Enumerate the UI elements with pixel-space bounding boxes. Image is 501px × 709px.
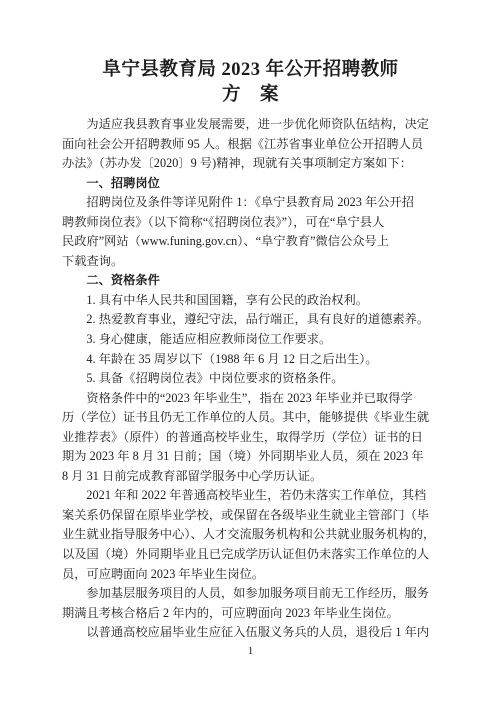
para-veterans-line: 以普通高校应届毕业生应征入伍服义务兵的人员，退役后 1 年内 — [62, 623, 435, 643]
heading-section-2-qualifications: 二、资格条件 — [62, 271, 435, 291]
qualification-item-5: 5. 具备《招聘岗位表》中岗位要求的资格条件。 — [62, 369, 435, 389]
para-2023-graduates-line: 期为 2023 年 8 月 31 日前；国（境）外同期毕业人员，须在 2023 … — [62, 447, 435, 467]
document-body: 为适应我县教育事业发展需要，进一步优化师资队伍结构，决定 面向社会公开招聘教师 … — [62, 115, 435, 643]
title-line-1: 阜宁县教育局 2023 年公开招聘教师 — [0, 58, 501, 83]
para-2021-2022-graduates-line: 以及国（境）外同期毕业且已完成学历认证但仍未落实工作单位的人 — [62, 545, 435, 565]
para-2023-graduates-line: 业推荐表》（原件）的普通高校毕业生，取得学历（学位）证书的日 — [62, 428, 435, 448]
qualification-item-4: 4. 年龄在 35 周岁以下（1988 年 6 月 12 日之后出生）。 — [62, 350, 435, 370]
para-2021-2022-graduates-line: 业生就业指导服务中心）、人才交流服务机构和公共就业服务机构的， — [62, 525, 435, 545]
heading-section-1-positions: 一、招聘岗位 — [62, 174, 435, 194]
document-page: 阜宁县教育局 2023 年公开招聘教师 方 案 为适应我县教育事业发展需要，进一… — [0, 0, 501, 709]
para-positions-line: 下载查询。 — [62, 252, 435, 272]
para-intro-line: 面向社会公开招聘教师 95 人。根据《江苏省事业单位公开招聘人员 — [62, 135, 435, 155]
qualification-item-2: 2. 热爱教育事业，遵纪守法，品行端正，具有良好的道德素养。 — [62, 310, 435, 330]
para-2021-2022-graduates-line: 2021 年和 2022 年普通高校毕业生，若仍未落实工作单位，其档 — [62, 486, 435, 506]
qualification-item-1: 1. 具有中华人民共和国国籍，享有公民的政治权利。 — [62, 291, 435, 311]
para-2021-2022-graduates-line: 案关系仍保留在原毕业学校，或保留在各级毕业生就业主管部门（毕 — [62, 506, 435, 526]
document-title: 阜宁县教育局 2023 年公开招聘教师 方 案 — [0, 0, 501, 108]
para-2023-graduates-line: 历（学位）证书且仍无工作单位的人员。其中，能够提供《毕业生就 — [62, 408, 435, 428]
para-grassroots-service-line: 期满且考核合格后 2 年内的，可应聘面向 2023 年毕业生岗位。 — [62, 604, 435, 624]
para-positions-line: 民政府”网站（www.funing.gov.cn）、“阜宁教育”微信公众号上 — [62, 232, 435, 252]
para-2021-2022-graduates-line: 员，可应聘面向 2023 年毕业生岗位。 — [62, 565, 435, 585]
title-line-2: 方 案 — [0, 83, 501, 108]
para-2023-graduates-line: 资格条件中的“2023 年毕业生”，指在 2023 年毕业并已取得学 — [62, 389, 435, 409]
qualification-item-3: 3. 身心健康，能适应相应教师岗位工作要求。 — [62, 330, 435, 350]
page-number: 1 — [0, 645, 501, 657]
para-intro-line: 为适应我县教育事业发展需要，进一步优化师资队伍结构，决定 — [62, 115, 435, 135]
para-2023-graduates-line: 8 月 31 日前完成教育部留学服务中心学历认证。 — [62, 467, 435, 487]
para-grassroots-service-line: 参加基层服务项目的人员，如参加服务项目前无工作经历，服务 — [62, 584, 435, 604]
para-intro-line: 办法》（苏办发〔2020〕9 号)精神，现就有关事项制定方案如下： — [62, 154, 435, 174]
para-positions-line: 聘教师岗位表》（以下简称“《招聘岗位表》”），可在“阜宁县人 — [62, 213, 435, 233]
para-positions-line: 招聘岗位及条件等详见附件 1：《阜宁县教育局 2023 年公开招 — [62, 193, 435, 213]
